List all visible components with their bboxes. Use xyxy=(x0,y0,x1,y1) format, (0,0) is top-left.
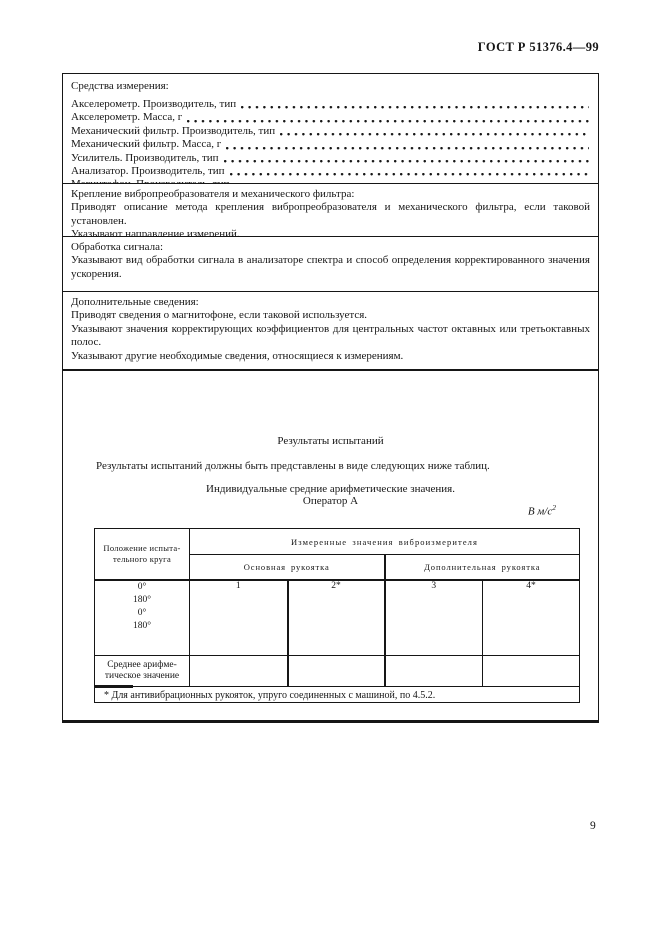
table-body-row: 0° 180° 0° 180° 1 2* 3 4* xyxy=(95,580,580,656)
column-number-cell: 2* xyxy=(288,580,385,656)
additional-handle-header: Дополнительная рукоятка xyxy=(385,555,580,580)
results-area: Результаты испытаний Результаты испытани… xyxy=(63,371,598,718)
dotted-leader xyxy=(241,98,589,111)
footnote-text: * Для антивибрационных рукояток, упруго … xyxy=(104,690,435,701)
form-dotted-line: Акселерометр. Производитель, тип xyxy=(71,98,590,111)
section-additional-info: Дополнительные сведения: Приводят сведен… xyxy=(63,292,598,371)
section-measuring-instruments: Средства измерения: Акселерометр. Произв… xyxy=(63,74,598,184)
column-number-cell: 1 xyxy=(190,580,288,656)
measured-values-header: Измеренные значения виброизмерителя xyxy=(190,529,580,555)
results-heading: Результаты испытаний xyxy=(63,435,598,447)
form-dotted-line: Акселерометр. Масса, г xyxy=(71,111,590,124)
section-title: Обработка сигнала: xyxy=(71,240,590,254)
form-dotted-line: Механический фильтр. Производитель, тип xyxy=(71,125,590,138)
form-dotted-line: Механический фильтр. Масса, г xyxy=(71,138,590,151)
units-text: В м/с xyxy=(528,506,552,518)
angle-value: 0° xyxy=(95,581,189,594)
section-paragraph: Приводят сведения о магнитофоне, если та… xyxy=(71,309,590,323)
empty-value-cell xyxy=(385,656,483,687)
section-paragraph: Указывают другие необходимые сведения, о… xyxy=(71,350,590,364)
dotted-leader xyxy=(230,165,589,178)
table-footnote-cell: * Для антивибрационных рукояток, упруго … xyxy=(95,687,580,703)
form-line-label: Акселерометр. Производитель, тип xyxy=(71,98,236,111)
form-line-label: Акселерометр. Масса, г xyxy=(71,111,182,124)
results-intro: Результаты испытаний должны быть предста… xyxy=(63,460,598,472)
section-title: Дополнительные сведения: xyxy=(71,295,590,309)
table-caption: Индивидуальные средние арифметические зн… xyxy=(63,483,598,495)
table-mean-row: Среднее арифме- тическое значение xyxy=(95,656,580,687)
form-line-label: Механический фильтр. Производитель, тип xyxy=(71,125,275,138)
dotted-leader xyxy=(280,125,589,138)
dotted-leader xyxy=(224,152,589,165)
angle-value: 180° xyxy=(95,594,189,607)
empty-value-cell xyxy=(190,656,288,687)
empty-value-cell xyxy=(288,656,385,687)
section-paragraph: Указывают направление измерений. xyxy=(71,228,590,237)
dotted-leader xyxy=(226,138,589,151)
position-column-header: Положение испыта- тельного круга xyxy=(95,529,190,580)
footnote-rule xyxy=(94,685,133,689)
table-footnote-row: * Для антивибрационных рукояток, упруго … xyxy=(95,687,580,703)
units-label: В м/с2 xyxy=(528,503,556,518)
section-signal-processing: Обработка сигнала: Указывают вид обработ… xyxy=(63,237,598,292)
dotted-leader xyxy=(187,111,589,124)
form-dotted-line: Анализатор. Производитель, тип xyxy=(71,165,590,178)
form-box: Средства измерения: Акселерометр. Произв… xyxy=(62,73,599,723)
document-page: ГОСТ Р 51376.4—99 Средства измерения: Ак… xyxy=(0,0,661,936)
test-circle-positions: 0° 180° 0° 180° xyxy=(95,580,190,656)
form-line-label: Анализатор. Производитель, тип xyxy=(71,165,225,178)
units-exponent: 2 xyxy=(552,503,556,512)
table-operator-label: Оператор А xyxy=(63,495,598,507)
mean-row-label: Среднее арифме- тическое значение xyxy=(95,656,190,687)
form-line-label: Механический фильтр. Масса, г xyxy=(71,138,221,151)
table-header-row-1: Положение испыта- тельного круга Измерен… xyxy=(95,529,580,555)
section-title: Крепление вибропреобразователя и механич… xyxy=(71,187,590,201)
section-transducer-mounting: Крепление вибропреобразователя и механич… xyxy=(63,184,598,237)
section-title: Средства измерения: xyxy=(71,79,590,93)
form-line-label: Усилитель. Производитель, тип xyxy=(71,152,219,165)
section-paragraph: Указывают значения корректирующих коэффи… xyxy=(71,323,590,350)
angle-value: 180° xyxy=(95,620,189,633)
section-paragraph: Указывают вид обработки сигнала в анализ… xyxy=(71,254,590,281)
main-handle-header: Основная рукоятка xyxy=(190,555,385,580)
measurements-table: Положение испыта- тельного круга Измерен… xyxy=(94,528,580,703)
angle-value: 0° xyxy=(95,607,189,620)
document-number: ГОСТ Р 51376.4—99 xyxy=(0,40,599,55)
empty-value-cell xyxy=(483,656,580,687)
column-number-cell: 4* xyxy=(483,580,580,656)
section-paragraph: Приводят описание метода крепления вибро… xyxy=(71,201,590,228)
page-number: 9 xyxy=(590,820,596,832)
form-dotted-line: Усилитель. Производитель, тип xyxy=(71,152,590,165)
column-number-cell: 3 xyxy=(385,580,483,656)
